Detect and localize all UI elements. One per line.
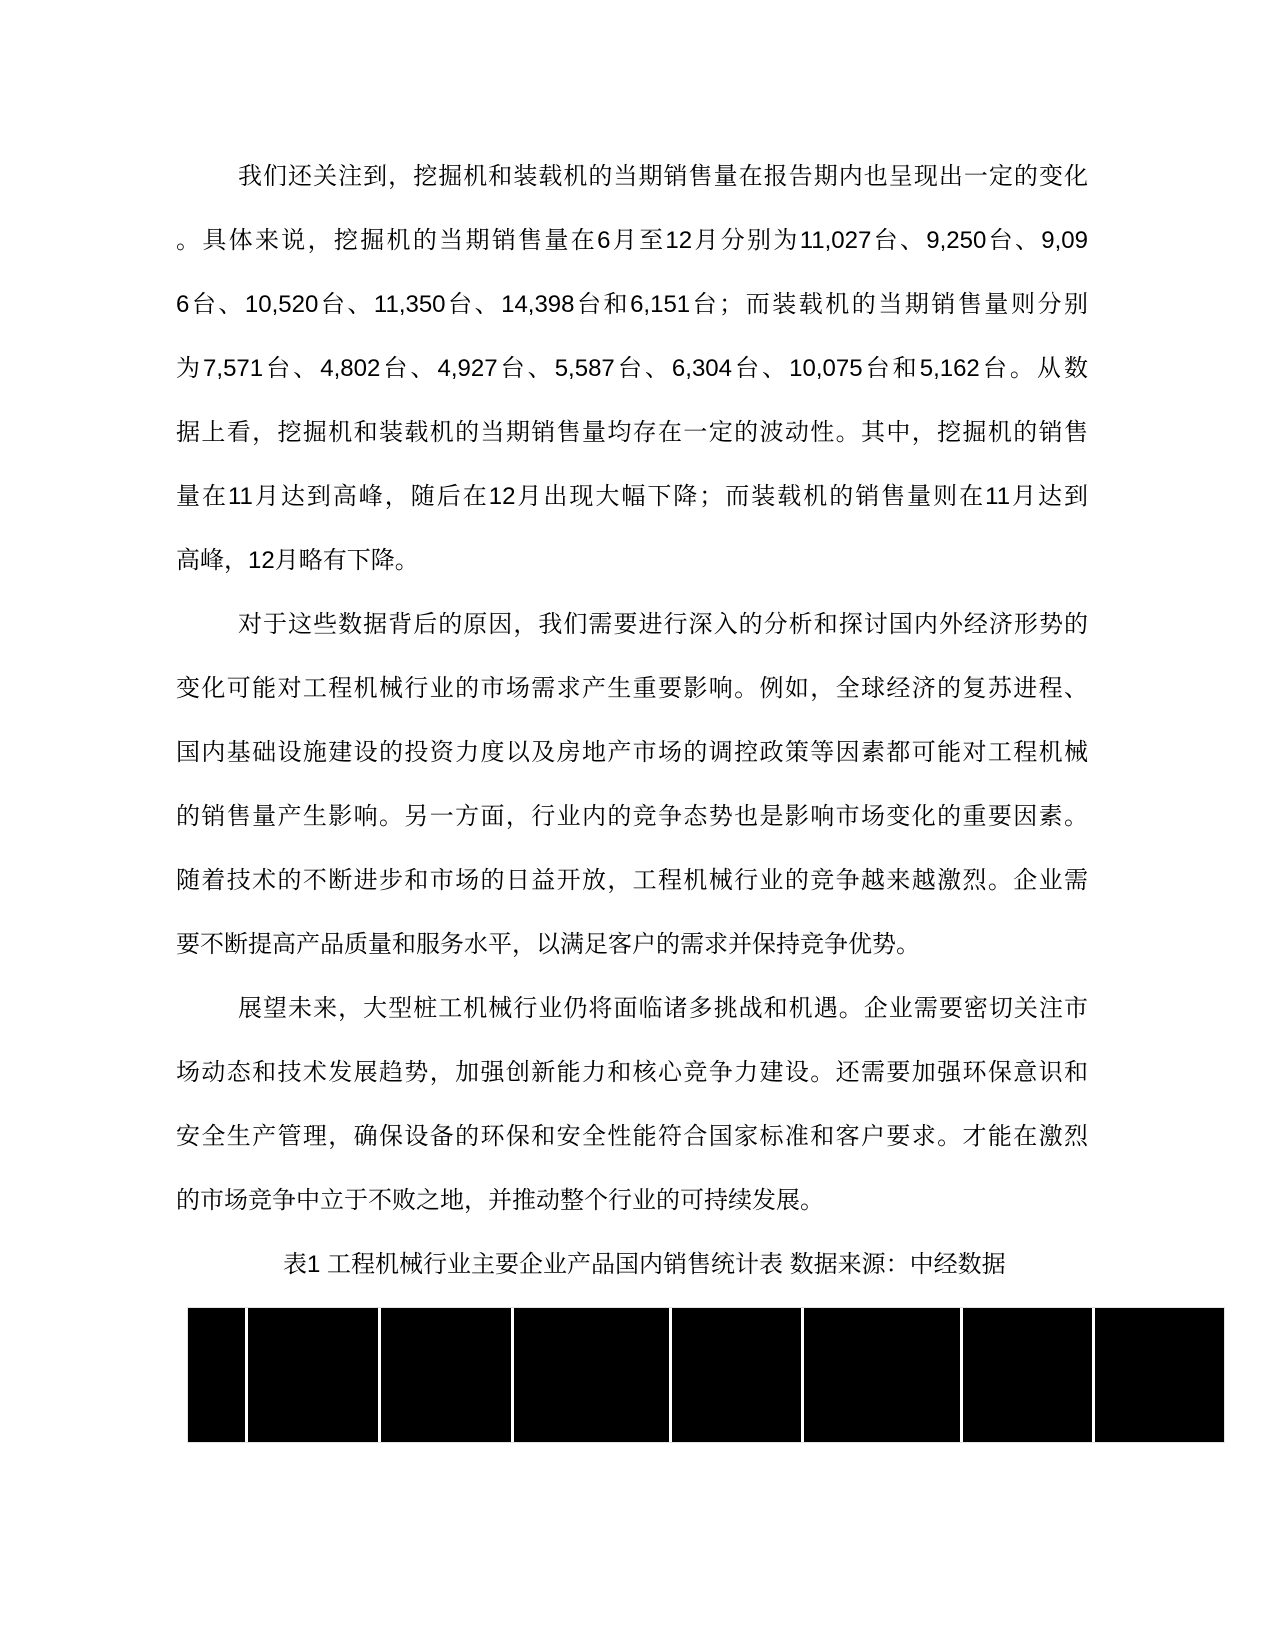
text-line: 据上看，挖掘机和装载机的当期销售量均存在一定的波动性。其中，挖掘机的销售 — [176, 401, 1088, 465]
document-page: 我们还关注到，挖掘机和装载机的当期销售量在报告期内也呈现出一定的变化。具体来说，… — [0, 0, 1275, 1650]
table-cell — [963, 1308, 1092, 1442]
table-cell — [514, 1308, 669, 1442]
text-line: 的销售量产生影响。另一方面，行业内的竞争态势也是影响市场变化的重要因素。 — [176, 785, 1088, 849]
table-cell — [672, 1308, 801, 1442]
text-line: 的市场竞争中立于不败之地，并推动整个行业的可持续发展。 — [176, 1169, 1088, 1233]
text-line: 我们还关注到，挖掘机和装载机的当期销售量在报告期内也呈现出一定的变化 — [176, 145, 1088, 209]
table-cell — [1095, 1308, 1224, 1442]
table-cell — [381, 1308, 511, 1442]
paragraph: 对于这些数据背后的原因，我们需要进行深入的分析和探讨国内外经济形势的变化可能对工… — [176, 593, 1088, 977]
text-line: 国内基础设施建设的投资力度以及房地产市场的调控政策等因素都可能对工程机械 — [176, 721, 1088, 785]
table-cell — [804, 1308, 960, 1442]
table-cell — [188, 1308, 245, 1442]
text-line: 要不断提高产品质量和服务水平，以满足客户的需求并保持竞争优势。 — [176, 913, 1088, 977]
table-cell — [248, 1308, 378, 1442]
text-line: 为7,571台、4,802台、4,927台、5,587台、6,304台、10,0… — [176, 337, 1088, 401]
text-line: 量在11月达到高峰，随后在12月出现大幅下降；而装载机的销售量则在11月达到 — [176, 465, 1088, 529]
paragraph: 展望未来，大型桩工机械行业仍将面临诸多挑战和机遇。企业需要密切关注市场动态和技术… — [176, 977, 1088, 1233]
text-line: 随着技术的不断进步和市场的日益开放，工程机械行业的竞争越来越激烈。企业需 — [176, 849, 1088, 913]
text-line: 高峰，12月略有下降。 — [176, 529, 1088, 593]
table-caption: 表1 工程机械行业主要企业产品国内销售统计表 数据来源：中经数据CEIdata — [176, 1233, 1088, 1297]
text-line: 6台、10,520台、11,350台、14,398台和6,151台；而装载机的当… — [176, 273, 1088, 337]
text-line: 变化可能对工程机械行业的市场需求产生重要影响。例如，全球经济的复苏进程、 — [176, 657, 1088, 721]
paragraph: 我们还关注到，挖掘机和装载机的当期销售量在报告期内也呈现出一定的变化。具体来说，… — [176, 145, 1088, 593]
text-line: 展望未来，大型桩工机械行业仍将面临诸多挑战和机遇。企业需要密切关注市 — [176, 977, 1088, 1041]
table-image — [188, 1308, 1224, 1442]
document-body: 我们还关注到，挖掘机和装载机的当期销售量在报告期内也呈现出一定的变化。具体来说，… — [176, 145, 1088, 1297]
text-line: 。具体来说，挖掘机的当期销售量在6月至12月分别为11,027台、9,250台、… — [176, 209, 1088, 273]
text-line: 场动态和技术发展趋势，加强创新能力和核心竞争力建设。还需要加强环保意识和 — [176, 1041, 1088, 1105]
text-line: 对于这些数据背后的原因，我们需要进行深入的分析和探讨国内外经济形势的 — [176, 593, 1088, 657]
text-line: 安全生产管理，确保设备的环保和安全性能符合国家标准和客户要求。才能在激烈 — [176, 1105, 1088, 1169]
